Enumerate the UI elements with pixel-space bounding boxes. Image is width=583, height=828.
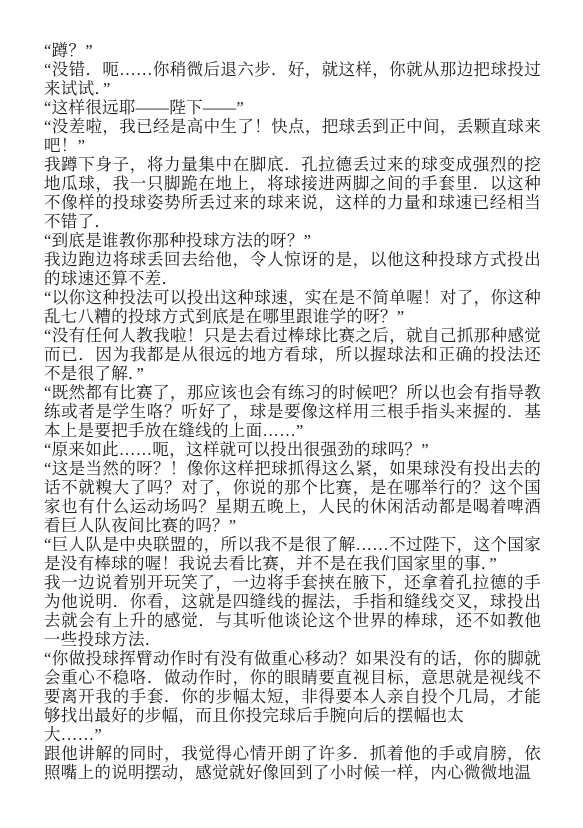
text-paragraph: 我一边说着别开玩笑了，一边将手套挟在腋下，还拿着孔拉德的手为他说明．你看，这就是…: [44, 573, 541, 649]
text-paragraph: 我边跑边将球丢回去给他，令人惊讶的是，以他这种投球方式投出的球速还算不差．: [44, 250, 541, 288]
text-paragraph: “你做投球挥臂动作时有没有做重心移动？如果没有的话，你的脚就会重心不稳咯．做动作…: [44, 649, 541, 744]
text-paragraph: “没错．呃……你稍微后退六步．好，就这样，你就从那边把球投过来试试．”: [44, 60, 541, 98]
text-paragraph: “到底是谁教你那种投球方法的呀？”: [44, 231, 541, 250]
text-paragraph: “原来如此……呃，这样就可以投出很强劲的球吗？”: [44, 440, 541, 459]
text-paragraph: “巨人队是中央联盟的，所以我不是很了解……不过陛下，这个国家是没有棒球的喔！我说…: [44, 535, 541, 573]
text-paragraph: “这是当然的呀？！像你这样把球抓得这么紧，如果球没有投出去的话不就糗大了吗？对了…: [44, 459, 541, 535]
text-paragraph: 跟他讲解的同时，我觉得心情开朗了许多．抓着他的手或肩膀，依照嘴上的说明摆动，感觉…: [44, 744, 541, 782]
text-paragraph: “蹲？”: [44, 41, 541, 60]
text-paragraph: “没有任何人教我啦！只是去看过棒球比赛之后，就自己抓那种感觉而已．因为我都是从很…: [44, 326, 541, 383]
text-paragraph: “既然都有比赛了，那应该也会有练习的时候吧？所以也会有指导教练或者是学生咯？听好…: [44, 383, 541, 440]
text-paragraph: “没差啦，我已经是高中生了！快点，把球丢到正中间，丢颗直球来吧！”: [44, 117, 541, 155]
text-paragraph: “这样很远耶——陛下——”: [44, 98, 541, 117]
text-paragraph: 我蹲下身子，将力量集中在脚底．孔拉德丢过来的球变成强烈的挖地瓜球，我一只脚跪在地…: [44, 155, 541, 231]
text-paragraph: “以你这种投法可以投出这种球速，实在是不简单喔！对了，你这种乱七八糟的投球方式到…: [44, 288, 541, 326]
document-page: “蹲？”“没错．呃……你稍微后退六步．好，就这样，你就从那边把球投过来试试．”“…: [0, 0, 583, 828]
novel-text-block: “蹲？”“没错．呃……你稍微后退六步．好，就这样，你就从那边把球投过来试试．”“…: [44, 41, 541, 782]
